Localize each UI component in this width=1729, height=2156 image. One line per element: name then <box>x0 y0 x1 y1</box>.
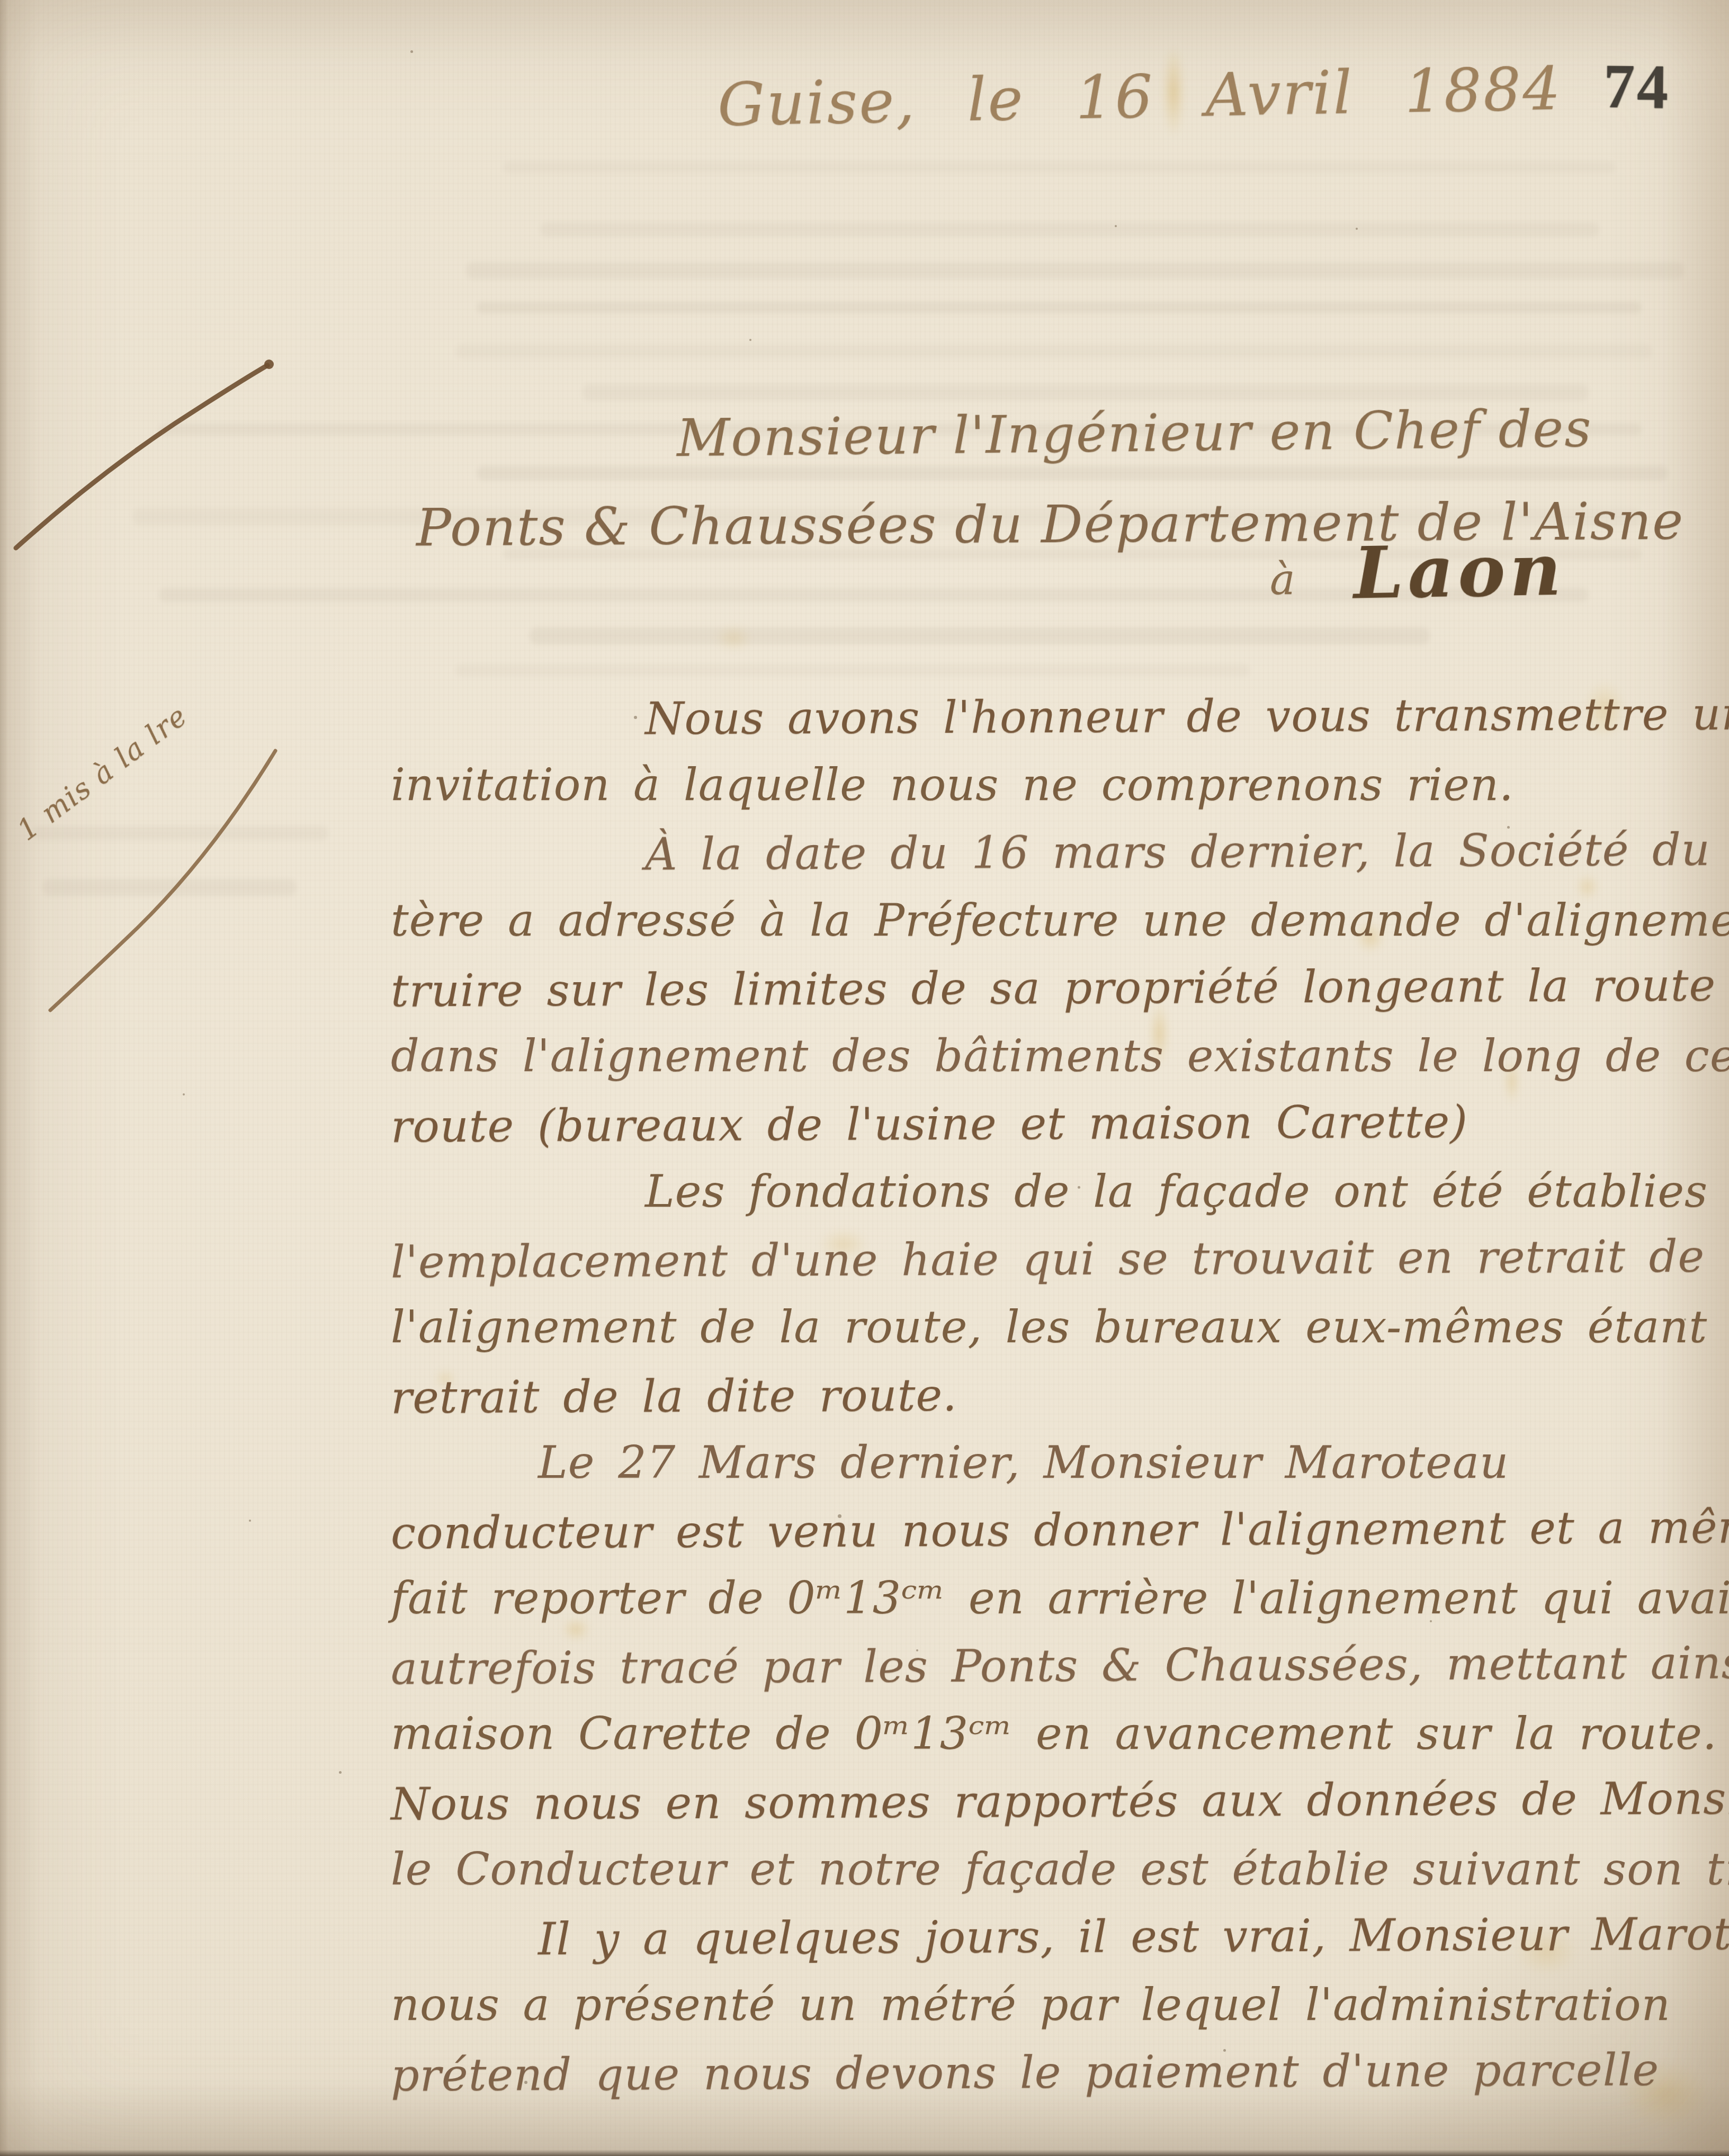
scan-edge-bottom <box>0 2150 1729 2156</box>
letter-line: tère a adressé à la Préfecture une deman… <box>391 886 1729 954</box>
letter-line: truire sur les limites de sa propriété l… <box>391 951 1729 1025</box>
letter-line: Le 27 Mars dernier, Monsieur Maroteau <box>391 1429 1729 1496</box>
letter-line: l'alignement de la route, les bureaux eu… <box>391 1293 1729 1361</box>
letter-line: autrefois tracé par les Ponts & Chaussée… <box>391 1629 1729 1702</box>
letter-line: route (bureaux de l'usine et maison Care… <box>391 1086 1729 1160</box>
letter-line: Les fondations de la façade ont été étab… <box>391 1157 1729 1225</box>
letter-line: À la date du 16 mars dernier, la Société… <box>391 815 1729 889</box>
letter-page: Guise, le 16 Avril 1884 74 Monsieur l'In… <box>0 0 1729 2156</box>
recipient-preposition: à <box>1270 555 1295 604</box>
letter-line: retrait de la dite route. <box>391 1358 1729 1431</box>
letter-line: Nous avons l'honneur de vous transmettre… <box>391 680 1729 753</box>
letter-line: maison Carette de 0ᵐ13ᶜᵐ en avancement s… <box>391 1700 1729 1767</box>
scan-edge-left <box>0 0 8 2156</box>
letter-line: fait reporter de 0ᵐ13ᶜᵐ en arrière l'ali… <box>391 1564 1729 1632</box>
page-number-stamp: 74 <box>1603 50 1670 123</box>
recipient-line-1: Monsieur l'Ingénieur en Chef des <box>676 399 1592 469</box>
recipient-city: Laon <box>1353 528 1566 615</box>
letter-line: conducteur est venu nous donner l'aligne… <box>391 1493 1729 1567</box>
paper-fold-shadow <box>1295 1785 1729 2156</box>
letter-line: dans l'alignement des bâtiments existant… <box>391 1022 1729 1090</box>
letter-line: l'emplacement d'une haie qui se trouvait… <box>391 1222 1729 1296</box>
letter-line: invitation à laquelle nous ne comprenons… <box>391 751 1729 819</box>
